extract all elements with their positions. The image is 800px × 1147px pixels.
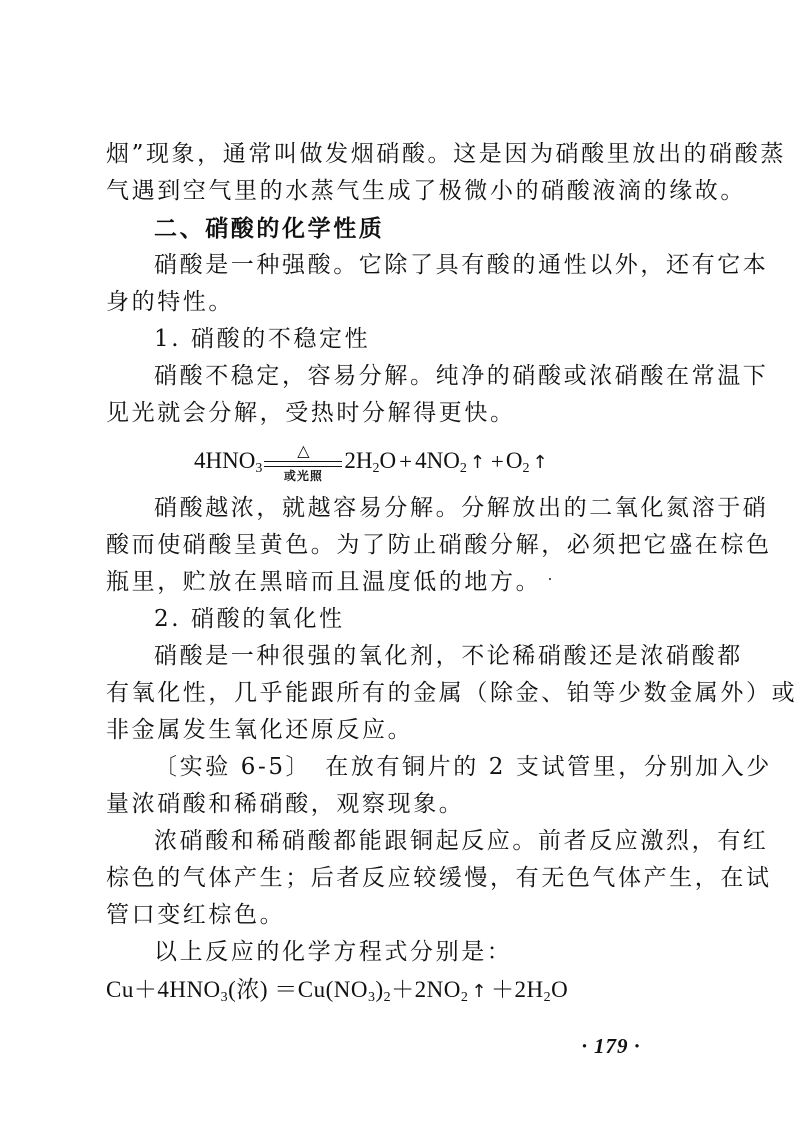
gas-arrow-icon: ↑ — [470, 452, 485, 473]
copper-reaction-equation: Cu＋4HNO3(浓) ＝Cu(NO3)2＋2NO2↑＋2H2O — [106, 971, 678, 1008]
textbook-page: 烟”现象，通常叫做发烟硝酸。这是因为硝酸里放出的硝酸蒸 气遇到空气里的水蒸气生成… — [106, 136, 678, 1008]
condition-label: 或光照 — [284, 468, 323, 484]
bullet-dot-icon: · — [634, 1034, 642, 1058]
gas-arrow-icon: ↑ — [533, 452, 548, 473]
paragraph-line: 硝酸是一种强酸。它除了具有酸的通性以外，还有它本 — [106, 247, 678, 284]
paragraph-line: 身的特性。 — [106, 284, 678, 321]
paragraph-line: 棕色的气体产生；后者反应较缓慢，有无色气体产生，在试 — [106, 860, 678, 897]
plus-sign: + — [399, 449, 412, 475]
page-number: ·179· — [576, 1034, 647, 1059]
plus-sign: + — [491, 449, 504, 475]
section-heading: 二、硝酸的化学性质 — [106, 210, 678, 247]
paragraph-line: 硝酸越浓，就越容易分解。分解放出的二氧化氮溶于硝 — [106, 490, 678, 527]
paragraph-line: 气遇到空气里的水蒸气生成了极微小的硝酸液滴的缘故。 — [106, 173, 678, 210]
paragraph-line: 酸而使硝酸呈黄色。为了防止硝酸分解，必须把它盛在棕色 — [106, 527, 678, 564]
eq-product-water: 2H2O — [344, 448, 396, 477]
paragraph-line: 有氧化性，几乎能跟所有的金属（除金、铂等少数金属外）或 — [106, 675, 678, 712]
paragraph-line: 非金属发生氧化还原反应。 — [106, 712, 678, 749]
bullet-dot-icon: · — [581, 1034, 589, 1058]
paragraph-line: 以上反应的化学方程式分别是： — [106, 934, 678, 971]
paragraph-line: 见光就会分解，受热时分解得更快。 — [106, 395, 678, 432]
paragraph-line: 瓶里，贮放在黑暗而且温度低的地方。 — [106, 564, 678, 601]
paragraph-line: 管口变红棕色。 — [106, 897, 678, 934]
eq-reactant: 4HNO3 — [194, 448, 262, 477]
scan-speck — [549, 578, 551, 580]
heat-triangle-icon: △ — [297, 444, 309, 460]
subsection-heading: 2. 硝酸的氧化性 — [106, 601, 678, 638]
eq-product-no2: 4NO2 — [415, 448, 467, 477]
paragraph-line: 烟”现象，通常叫做发烟硝酸。这是因为硝酸里放出的硝酸蒸 — [106, 136, 678, 173]
reaction-condition: △ 或光照 — [264, 444, 342, 484]
paragraph-line: 硝酸不稳定，容易分解。纯净的硝酸或浓硝酸在常温下 — [106, 358, 678, 395]
experiment-line: 〔实验 6-5〕 在放有铜片的 2 支试管里，分别加入少 — [106, 749, 678, 786]
paragraph-line: 浓硝酸和稀硝酸都能跟铜起反应。前者反应激烈，有红 — [106, 823, 678, 860]
eq-product-o2: O2 — [506, 448, 530, 477]
decomposition-equation: 4HNO3 △ 或光照 2H2O + 4NO2 ↑ + O2 ↑ — [106, 432, 678, 490]
paragraph-line: 硝酸是一种很强的氧化剂，不论稀硝酸还是浓硝酸都 — [106, 638, 678, 675]
gas-arrow-icon: ↑ — [471, 973, 487, 1010]
subsection-heading: 1. 硝酸的不稳定性 — [106, 321, 678, 358]
experiment-line: 量浓硝酸和稀硝酸，观察现象。 — [106, 786, 678, 823]
page-number-value: 179 — [594, 1034, 629, 1058]
equals-double-line — [264, 461, 342, 467]
